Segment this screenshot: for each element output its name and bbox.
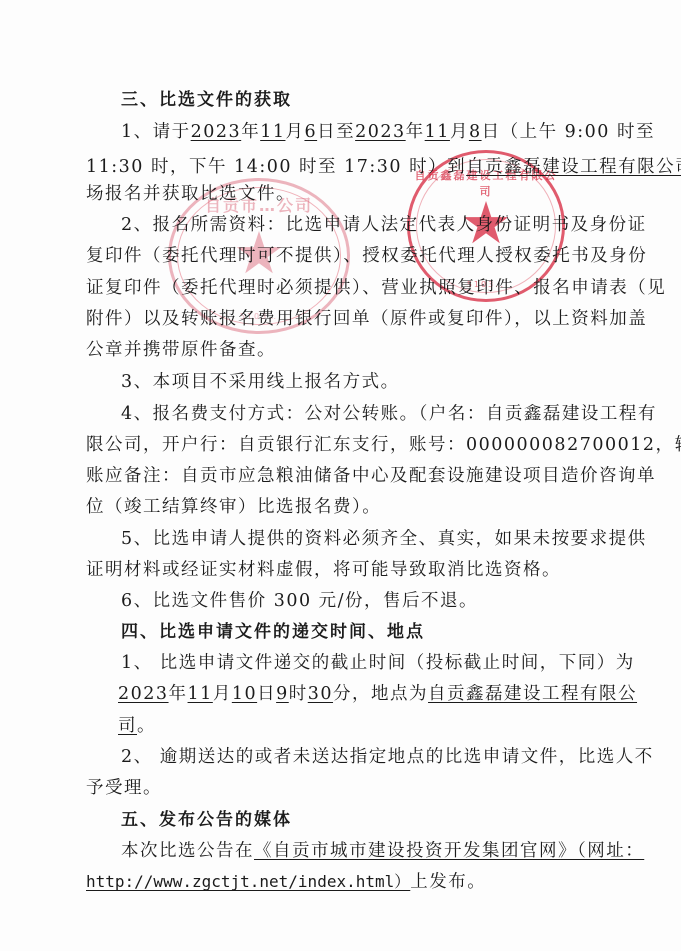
item-4-2-line-1: 2、 逾期送达的或者未送达指定地点的比选申请文件，比选人不: [121, 745, 654, 769]
text: 日至: [317, 122, 355, 142]
item-4-1-line-1: 1、 比选申请文件递交的截止时间（投标截止时间，下同）为: [121, 651, 635, 675]
text: 月: [450, 122, 469, 142]
deadline-year: 2023: [118, 684, 169, 704]
item-3-5-line-1: 5、比选申请人提供的资料必须齐全、真实，如果未按要求提供: [121, 527, 647, 551]
submission-place: 自贡鑫磊建设工程有限公: [428, 684, 637, 704]
item-4-1-line-3: 司。: [118, 714, 156, 738]
item-3-1-line-2: 11:30 时，下午 14:00 时至 17:30 时）到自贡鑫磊建设工程有限公…: [86, 155, 681, 179]
start-month: 11: [260, 122, 285, 142]
document-page: 自贡市…公司 ★ 5103… 自贡鑫磊建设工程有限公司 ★ 5103… 三、比选…: [0, 0, 681, 951]
text: 日: [257, 684, 276, 704]
text: 1、请于: [121, 122, 191, 142]
item-3-2-line-5: 公章并携带原件备查。: [86, 338, 276, 362]
section-3-heading: 三、比选文件的获取: [121, 88, 292, 112]
text: 月: [285, 122, 304, 142]
section-5-line-2: http://www.zgctjt.net/index.html）上发布。: [86, 870, 486, 894]
text: 时: [289, 684, 308, 704]
item-3-4-line-4: 位（竣工结算终审）比选报名费）。: [86, 495, 381, 519]
item-3-4-line-1: 4、报名费支付方式：公对公转账。（户名：自贡鑫磊建设工程有: [121, 402, 657, 426]
section-5-line-1: 本次比选公告在《自贡市城市建设投资开发集团官网》（网址：: [121, 839, 644, 863]
text: 年: [241, 122, 260, 142]
text: 月: [213, 684, 232, 704]
item-3-1-line-3: 场报名并获取比选文件。: [86, 182, 295, 206]
media-name: 《自贡市城市建设投资开发集团官网》（网址：: [254, 841, 644, 861]
text: 上发布。: [410, 872, 486, 892]
start-day: 6: [304, 122, 317, 142]
deadline-minute: 30: [308, 684, 333, 704]
section-5-heading: 五、发布公告的媒体: [121, 808, 292, 832]
company-name: 自贡鑫磊建设工程有限公司: [466, 157, 681, 177]
text: 。: [137, 716, 156, 736]
deadline-day: 10: [232, 684, 257, 704]
item-3-2-line-2: 复印件（委托代理时可不提供）、授权委托代理人授权委托书及身份: [86, 244, 647, 268]
text: 年: [169, 684, 188, 704]
end-day: 8: [469, 122, 482, 142]
item-3-5-line-2: 证明材料或经证实材料虚假，将可能导致取消比选资格。: [86, 558, 561, 582]
item-3-2-line-4: 附件）以及转账报名费用银行回单（原件或复印件），以上资料加盖: [86, 307, 647, 331]
end-year: 2023: [355, 122, 406, 142]
item-3-1-line-1: 1、请于2023年11月6日至2023年11月8日（上午 9:00 时至: [121, 120, 655, 144]
deadline-hour: 9: [276, 684, 289, 704]
item-4-2-line-2: 予受理。: [86, 776, 162, 800]
text: 分，地点为: [333, 684, 428, 704]
item-3-2-line-1: 2、报名所需资料：比选申请人法定代表人身份证明书及身份证: [121, 213, 647, 237]
item-3-2-line-3: 证复印件（委托代理时必须提供）、营业执照复印件、报名申请表（见: [86, 276, 666, 300]
item-3-4-line-3: 账应备注：自贡市应急粮油储备中心及配套设施建设项目造价咨询单: [86, 464, 656, 488]
text: 日（上午 9:00 时至: [482, 122, 655, 142]
item-3-6: 6、比选文件售价 300 元/份，售后不退。: [121, 589, 478, 613]
deadline-month: 11: [188, 684, 213, 704]
item-4-1-line-2: 2023年11月10日9时30分，地点为自贡鑫磊建设工程有限公: [118, 682, 637, 706]
text: 年: [406, 122, 425, 142]
submission-place-cont: 司: [118, 716, 137, 736]
end-month: 11: [425, 122, 450, 142]
start-year: 2023: [191, 122, 242, 142]
text: 11:30 时，下午 14:00 时至 17:30 时）到: [86, 157, 466, 177]
item-3-4-line-2: 限公司，开户行：自贡银行汇东支行，账号：000000082700012，转: [86, 433, 681, 457]
section-4-heading: 四、比选申请文件的递交时间、地点: [121, 620, 425, 644]
text: 本次比选公告在: [121, 841, 254, 861]
website-url: http://www.zgctjt.net/index.html）: [86, 872, 410, 891]
item-3-3: 3、本项目不采用线上报名方式。: [121, 370, 400, 394]
